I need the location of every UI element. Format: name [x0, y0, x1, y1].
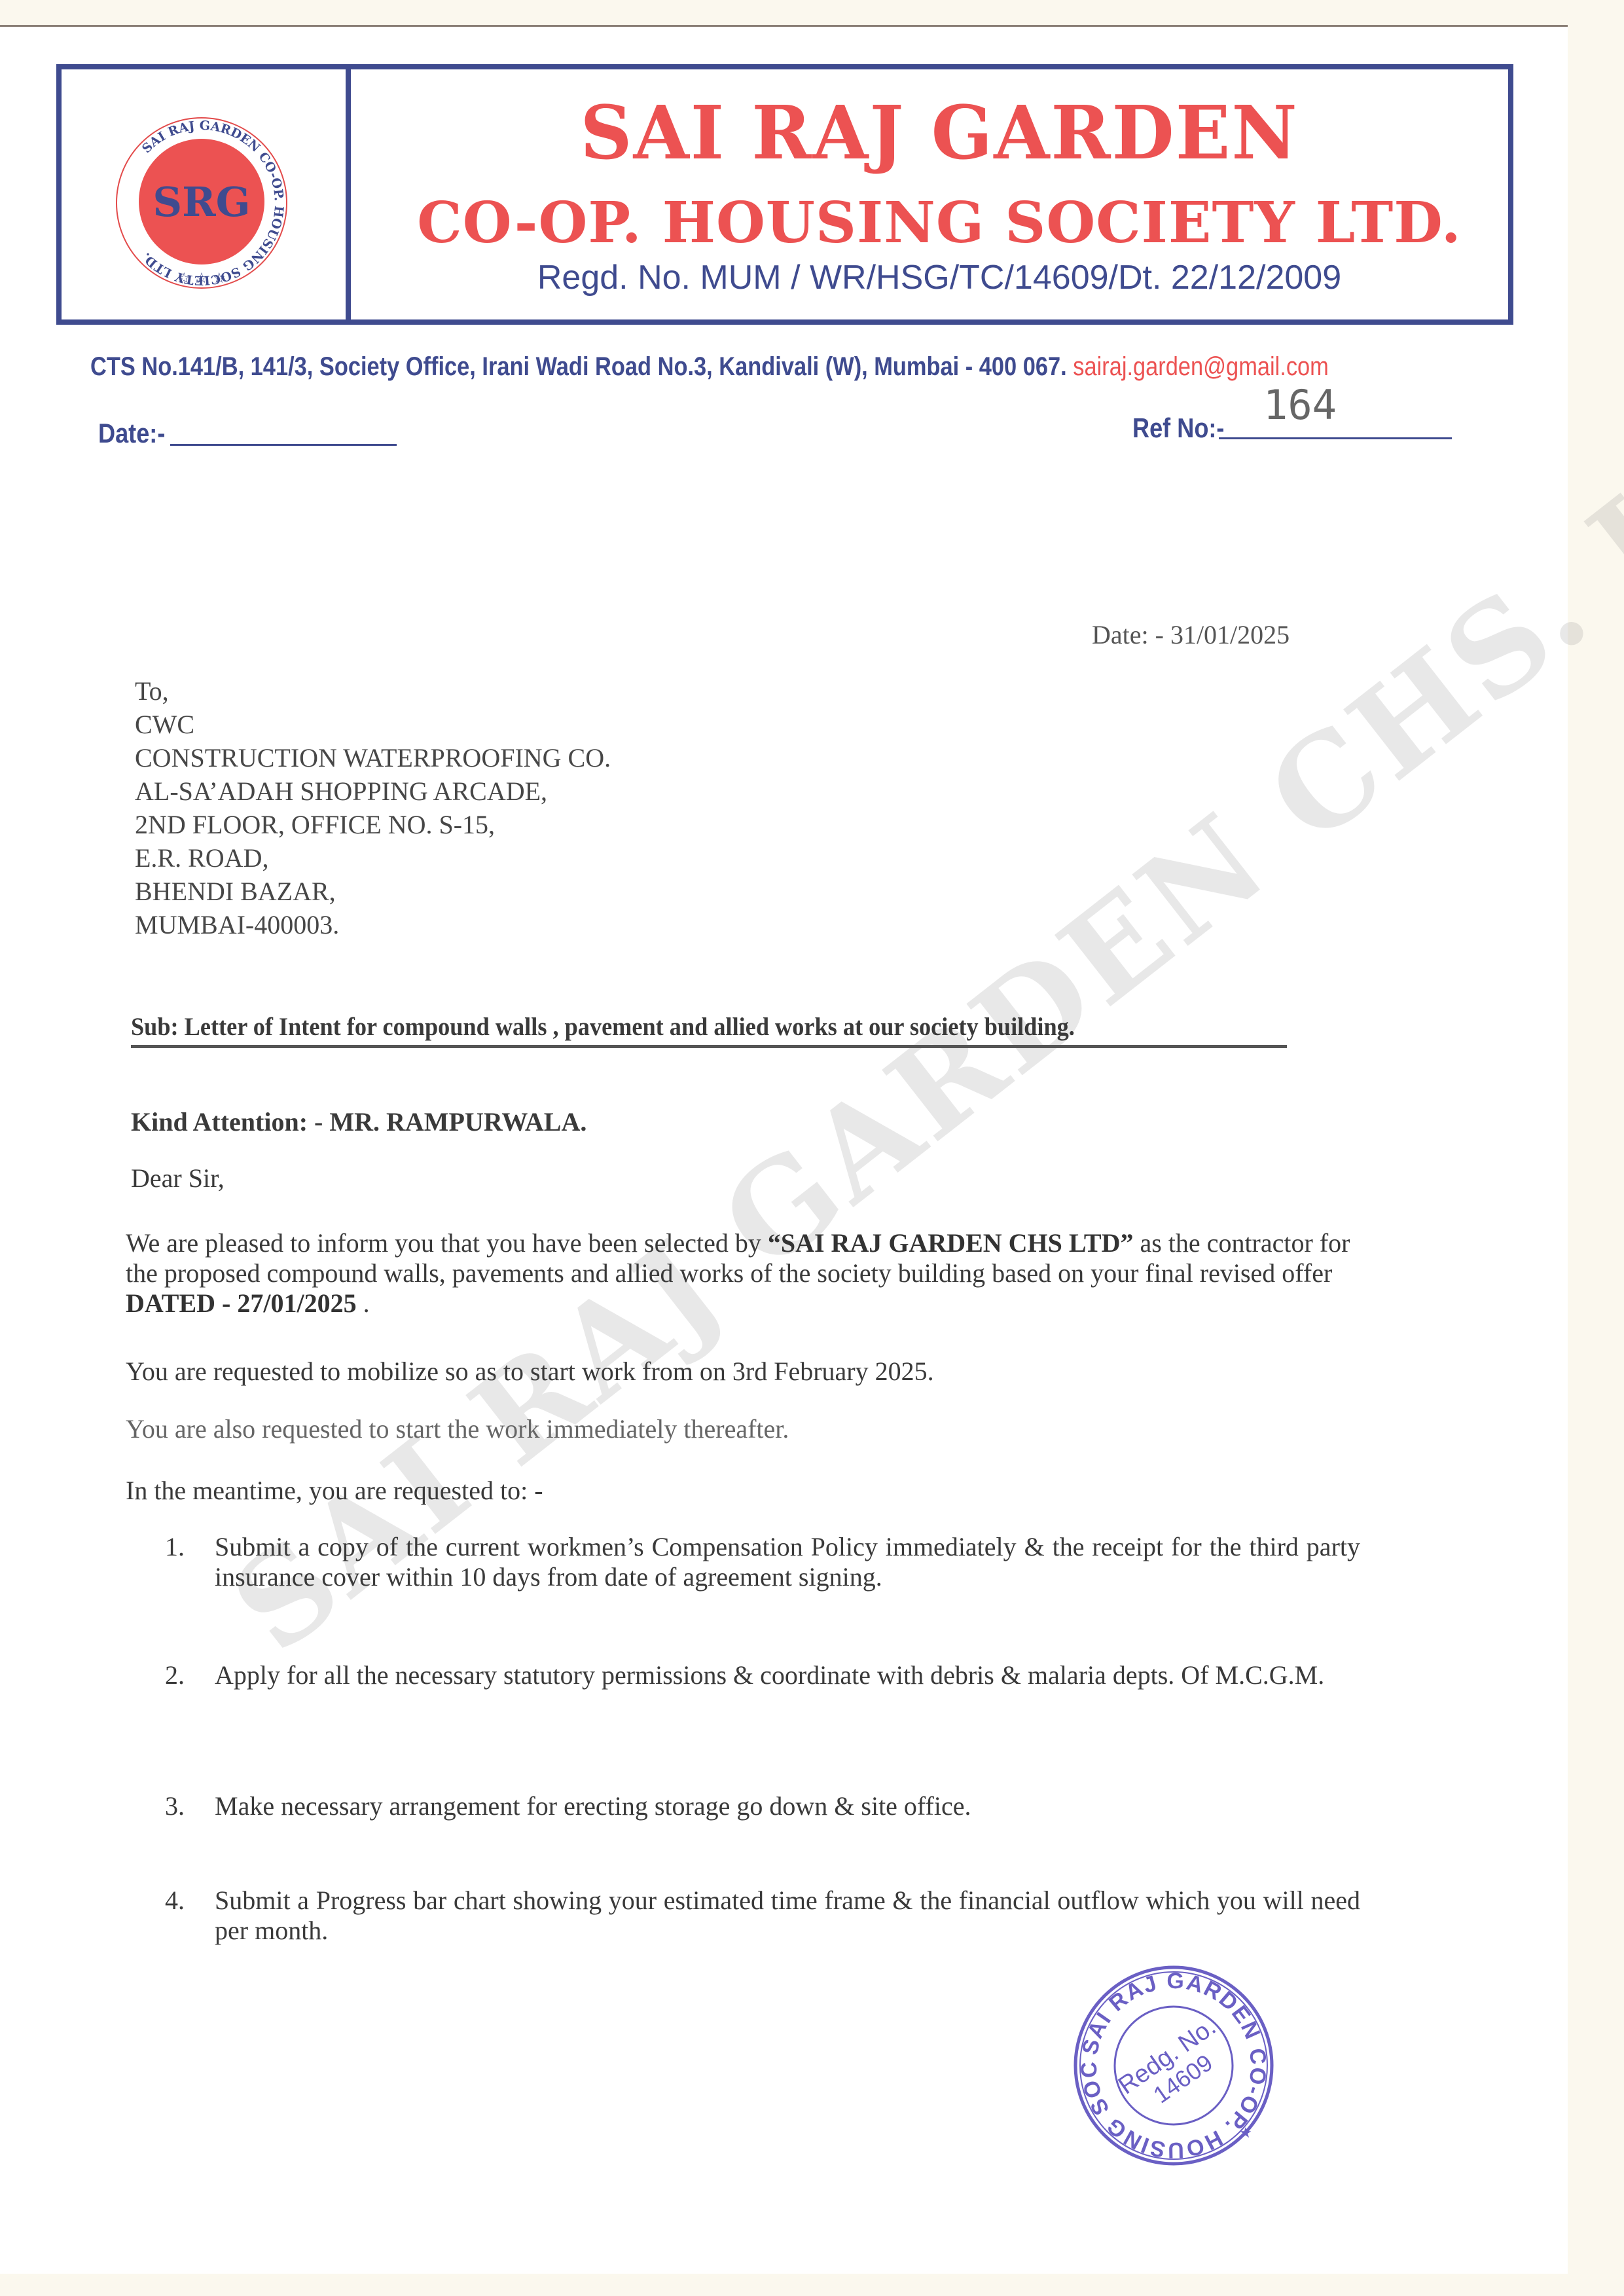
recipient-line: To,: [135, 674, 611, 708]
svg-text:★: ★: [1239, 2125, 1252, 2141]
list-number: 2.: [165, 1660, 204, 1690]
list-number: 1.: [165, 1532, 204, 1562]
paragraph-mobilize: You are requested to mobilize so as to s…: [126, 1357, 1369, 1387]
registration-number: Regd. No. MUM / WR/HSG/TC/14609/Dt. 22/1…: [367, 261, 1512, 295]
list-text: Make necessary arrangement for erecting …: [215, 1791, 1360, 1821]
email-link[interactable]: sairaj.garden@gmail.com: [1073, 352, 1329, 381]
subject-line: Sub: Letter of Intent for compound walls…: [131, 1012, 1075, 1043]
ref-no-value: 164: [1263, 381, 1337, 429]
list-text: Submit a copy of the current workmen’s C…: [215, 1532, 1360, 1592]
recipient-line: 2ND FLOOR, OFFICE NO. S-15,: [135, 808, 611, 841]
svg-text:SRG: SRG: [153, 178, 250, 226]
recipient-line: CWC: [135, 708, 611, 741]
recipient-line: AL-SA’ADAH SHOPPING ARCADE,: [135, 774, 611, 808]
society-name: SAI RAJ GARDEN: [378, 97, 1501, 170]
list-text: Apply for all the necessary statutory pe…: [215, 1660, 1360, 1690]
svg-text:☆ ☆ ☆: ☆ ☆ ☆: [177, 270, 225, 287]
letterhead-divider: [346, 64, 351, 325]
paragraph-text: .: [357, 1288, 370, 1318]
ref-no-line: [1219, 437, 1452, 439]
date-field-line: [170, 444, 397, 446]
society-address: CTS No.141/B, 141/3, Society Office, Ira…: [90, 352, 1329, 382]
letter-date: Date: - 31/01/2025: [1092, 619, 1290, 651]
offer-date-bold: DATED - 27/01/2025: [126, 1288, 357, 1318]
list-text: Submit a Progress bar chart showing your…: [215, 1886, 1360, 1946]
salutation: Dear Sir,: [131, 1163, 225, 1194]
paragraph-text: We are pleased to inform you that you ha…: [126, 1228, 768, 1258]
society-logo-icon: SAI RAJ GARDEN CO-OP. HOUSING SOCIETY LT…: [110, 111, 293, 295]
paragraph-selection: We are pleased to inform you that you ha…: [126, 1228, 1369, 1319]
ref-no-label: Ref No:-: [1132, 412, 1224, 444]
address-text: CTS No.141/B, 141/3, Society Office, Ira…: [90, 352, 1067, 381]
subject-underline: [131, 1045, 1287, 1048]
paragraph-start-work: You are also requested to start the work…: [126, 1414, 1369, 1444]
paragraph-meantime: In the meantime, you are requested to: -: [126, 1476, 1369, 1506]
recipient-line: CONSTRUCTION WATERPROOFING CO.: [135, 741, 611, 774]
list-number: 4.: [165, 1886, 204, 1916]
recipient-line: MUMBAI-400003.: [135, 908, 611, 941]
recipient-address: To, CWC CONSTRUCTION WATERPROOFING CO. A…: [135, 674, 611, 941]
recipient-line: BHENDI BAZAR,: [135, 875, 611, 908]
kind-attention: Kind Attention: - MR. RAMPURWALA.: [131, 1106, 586, 1138]
date-field-label: Date:-: [98, 418, 165, 449]
society-type: CO-OP. HOUSING SOCIETY LTD.: [367, 195, 1512, 251]
society-name-bold: “SAI RAJ GARDEN CHS LTD”: [768, 1228, 1134, 1258]
recipient-line: E.R. ROAD,: [135, 841, 611, 875]
list-number: 3.: [165, 1791, 204, 1821]
society-stamp-icon: SAI RAJ GARDEN CO-OP. HOUSING SOC. LTD. …: [1053, 1958, 1295, 2174]
